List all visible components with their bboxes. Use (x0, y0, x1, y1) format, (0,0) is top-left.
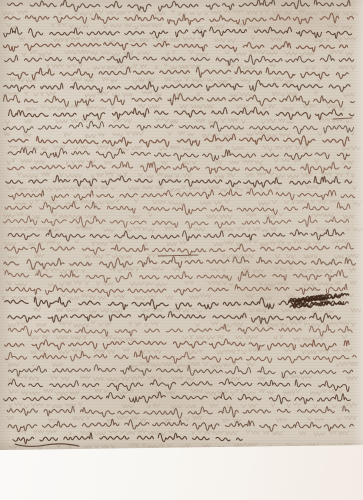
scan-backdrop: Full page of dense nineteenth-century cu… (0, 0, 363, 500)
handwriting-layer (0, 0, 363, 451)
letter-paper (0, 0, 363, 450)
